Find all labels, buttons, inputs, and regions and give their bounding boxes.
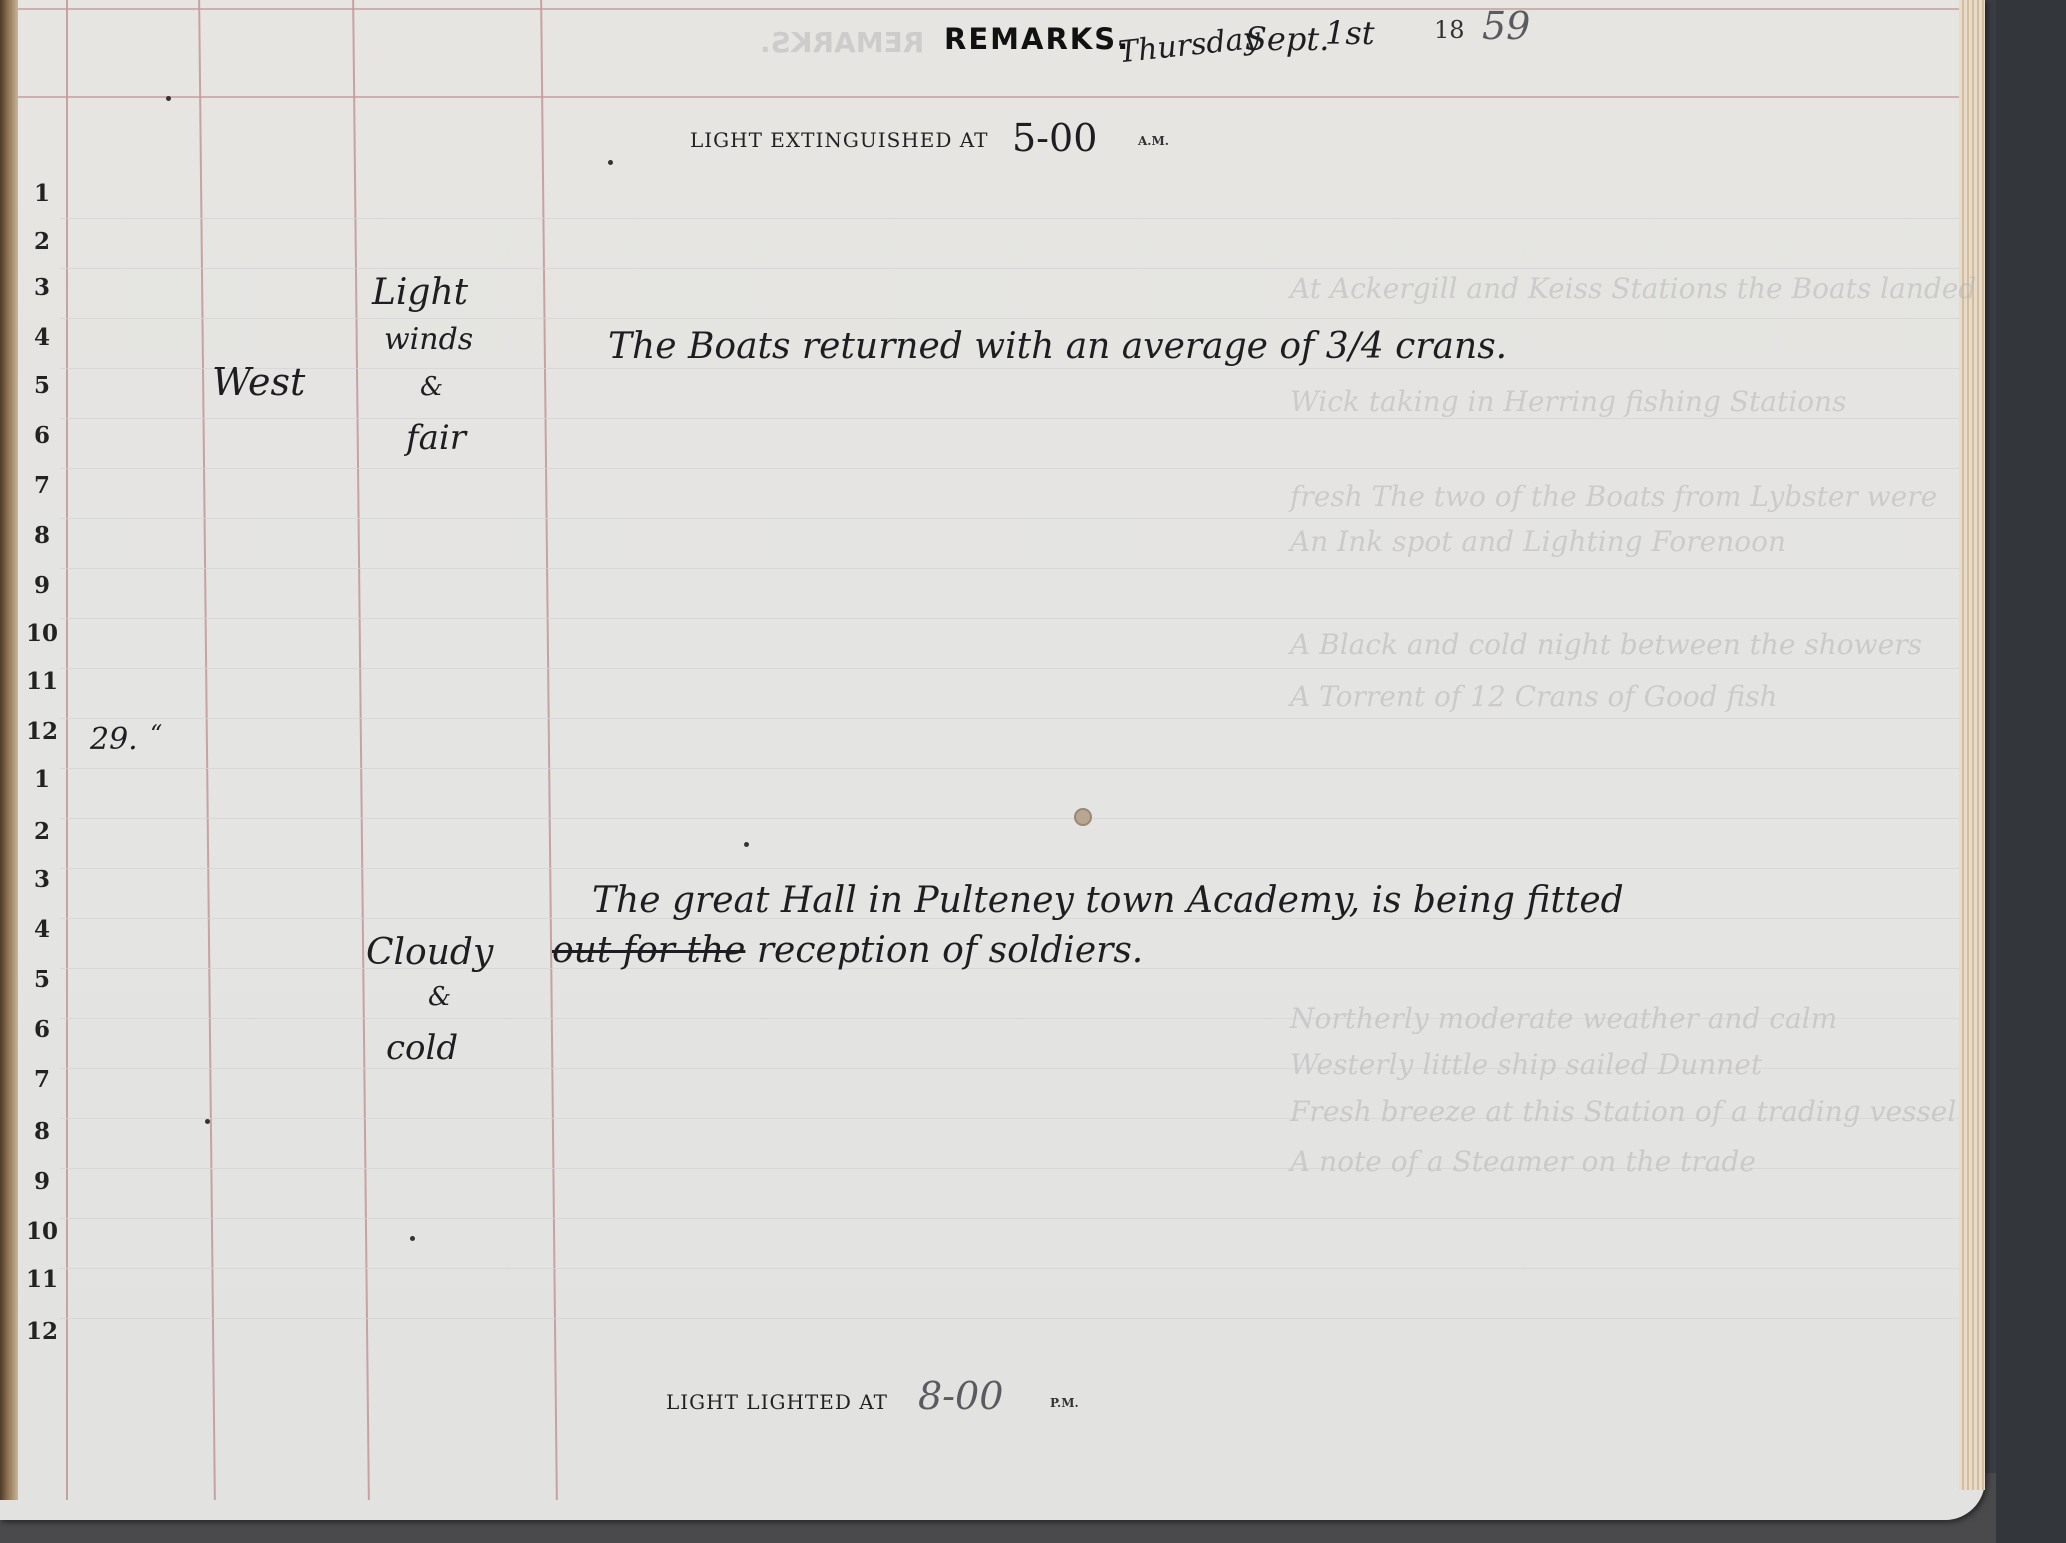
page-edges [1959,0,1985,1490]
barometer-ditto-mark: “ [150,720,162,748]
hour-pm-10: 10 [22,1218,62,1245]
remarks-heading: REMARKS. [944,22,1130,56]
hour-pm-8: 8 [22,1118,62,1145]
afternoon-remark-struck-text: out for the [552,930,745,971]
page-hole [1074,808,1092,826]
hour-am-8: 8 [22,522,62,549]
afternoon-weather-line-1: Cloudy [366,932,493,973]
afternoon-weather-line-2: & [428,982,451,1012]
hour-am-1: 1 [22,180,62,207]
column-rule-1 [66,0,68,1500]
bleed-through-line: Wick taking in Herring fishing Stations [1290,385,1846,418]
top-rule [18,8,1959,10]
bleed-through-line: An Ink spot and Lighting Forenoon [1290,525,1786,558]
hour-pm-9: 9 [22,1168,62,1195]
header-date: 1st [1325,14,1375,52]
light-lighted-time: 8-00 [918,1374,1003,1418]
hour-pm-11: 11 [22,1266,62,1293]
hour-pm-2: 2 [22,818,62,845]
light-extinguished-label: LIGHT EXTINGUISHED AT [690,128,988,152]
header-day: Thursday [1117,21,1262,71]
light-extinguished-period: A.M. [1138,134,1169,148]
hour-pm-6: 6 [22,1016,62,1043]
hour-am-11: 11 [22,668,62,695]
book-spine [0,0,18,1500]
hour-pm-3: 3 [22,866,62,893]
column-rule-2 [198,0,216,1500]
morning-weather-line-4: fair [406,418,466,458]
hour-am-7: 7 [22,472,62,499]
afternoon-remark-text: reception of soldiers. [757,930,1143,971]
hour-am-10: 10 [22,620,62,647]
bleed-through-line: A Torrent of 12 Crans of Good fish [1290,680,1778,713]
bleed-through-header: REMARKS. [760,26,924,59]
column-rule-3 [352,0,370,1500]
morning-wind-direction: West [212,360,305,404]
barometer-reading: 29. [90,722,138,757]
column-rule-4 [540,0,558,1500]
hour-pm-1: 1 [22,766,62,793]
afternoon-remark-line-2: out for the reception of soldiers. [552,930,1143,971]
hour-pm-5: 5 [22,966,62,993]
light-lighted-label: LIGHT LIGHTED AT [666,1390,888,1414]
ledger-page: REMARKS. At Ackergill and Keiss Stations… [0,0,1985,1520]
hour-am-6: 6 [22,422,62,449]
hour-pm-12: 12 [22,1318,62,1345]
header-month: Sept. [1245,20,1329,58]
header-rule [18,96,1959,98]
hour-noon-12: 12 [22,718,62,745]
morning-weather-line-2: winds [384,322,473,357]
bleed-through-line: Westerly little ship sailed Dunnet [1290,1048,1762,1081]
bleed-through-line: Fresh breeze at this Station of a tradin… [1290,1095,1956,1128]
morning-weather-line-1: Light [372,272,468,313]
header-year-suffix: 59 [1482,4,1530,48]
hour-pm-7: 7 [22,1066,62,1093]
hour-am-3: 3 [22,274,62,301]
afternoon-remark-line-1: The great Hall in Pulteney town Academy,… [592,880,1624,921]
hour-am-5: 5 [22,372,62,399]
hour-pm-4: 4 [22,916,62,943]
bleed-through-line: At Ackergill and Keiss Stations the Boat… [1290,272,1976,305]
afternoon-weather-line-3: cold [386,1028,458,1068]
hour-am-9: 9 [22,572,62,599]
hour-am-2: 2 [22,228,62,255]
bleed-through-line: fresh The two of the Boats from Lybster … [1290,480,1937,513]
light-lighted-period: P.M. [1050,1396,1079,1410]
morning-weather-line-3: & [420,372,443,402]
bleed-through-line: A Black and cold night between the showe… [1290,628,1922,661]
hour-am-4: 4 [22,324,62,351]
desk-background-right [1996,0,2066,1543]
morning-remark: The Boats returned with an average of 3/… [608,326,1507,367]
bleed-through-line: A note of a Steamer on the trade [1290,1145,1756,1178]
bleed-through-line: Northerly moderate weather and calm [1290,1002,1837,1035]
light-extinguished-time: 5-00 [1012,116,1097,160]
header-year-prefix: 18 [1434,16,1465,44]
